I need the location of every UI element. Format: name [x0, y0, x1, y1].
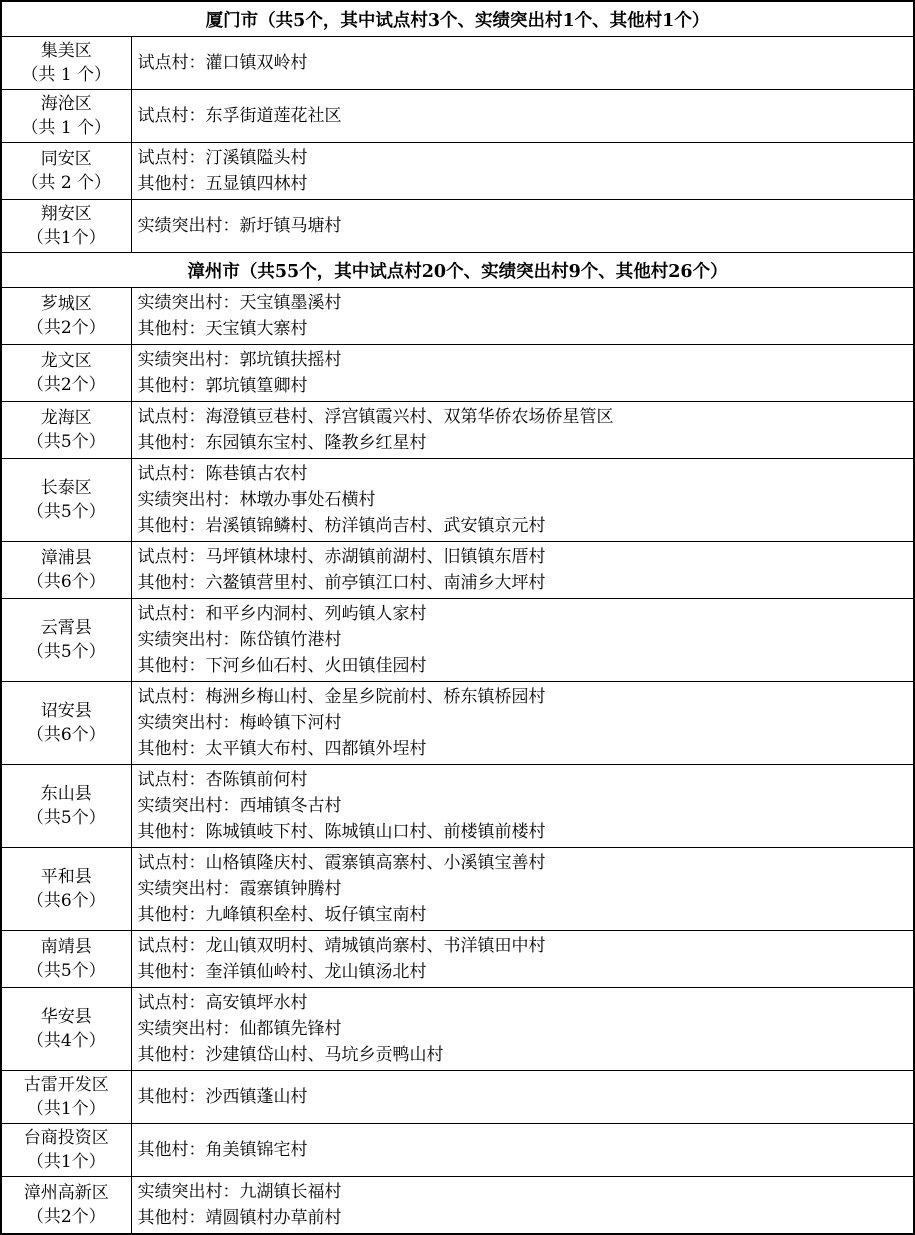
district-cell: 龙文区（共2个） — [1, 345, 131, 402]
villages-cell: 试点村：梅洲乡梅山村、金星乡院前村、桥东镇桥园村实绩突出村：梅岭镇下河村其他村：… — [131, 682, 914, 765]
village-line: 其他村：沙西镇蓬山村 — [138, 1084, 908, 1110]
table-row: 龙文区（共2个）实绩突出村：郭坑镇扶摇村其他村：郭坑镇篁卿村 — [1, 345, 914, 402]
villages-cell: 试点村：灌口镇双岭村 — [131, 37, 914, 90]
district-count: （共1个） — [3, 226, 130, 250]
village-line: 其他村：郭坑镇篁卿村 — [138, 373, 908, 399]
district-count: （共5个） — [3, 500, 130, 524]
city-section-header-row: 厦门市（共5个，其中试点村3个、实绩突出村1个、其他村1个） — [1, 1, 914, 37]
villages-cell: 试点村：和平乡内洞村、列屿镇人家村实绩突出村：陈岱镇竹港村其他村：下河乡仙石村、… — [131, 599, 914, 682]
table-row: 漳州高新区（共2个）实绩突出村：九湖镇长福村其他村：靖圆镇村办草前村 — [1, 1177, 914, 1235]
village-line: 其他村：沙建镇岱山村、马坑乡贡鸭山村 — [138, 1042, 908, 1068]
villages-cell: 试点村：陈巷镇古农村实绩突出村：林墩办事处石横村其他村：岩溪镇锦鳞村、枋洋镇尚吉… — [131, 459, 914, 542]
district-count: （共5个） — [3, 806, 130, 830]
table-row: 华安县（共4个）试点村：高安镇坪水村实绩突出村：仙都镇先锋村其他村：沙建镇岱山村… — [1, 988, 914, 1071]
village-line: 其他村：角美镇锦宅村 — [138, 1137, 908, 1163]
table-row: 台商投资区（共1个）其他村：角美镇锦宅村 — [1, 1124, 914, 1177]
district-count: （共2个） — [3, 373, 130, 397]
district-count: （共4个） — [3, 1029, 130, 1053]
village-line: 实绩突出村：天宝镇墨溪村 — [138, 290, 908, 316]
village-line: 其他村：奎洋镇仙岭村、龙山镇汤北村 — [138, 959, 908, 985]
district-name: 同安区 — [3, 147, 130, 171]
villages-cell: 试点村：杏陈镇前何村实绩突出村：西埔镇冬古村其他村：陈城镇岐下村、陈城镇山口村、… — [131, 765, 914, 848]
district-cell: 云霄县（共5个） — [1, 599, 131, 682]
village-line: 其他村：陈城镇岐下村、陈城镇山口村、前楼镇前楼村 — [138, 819, 908, 845]
district-name: 云霄县 — [3, 616, 130, 640]
district-name: 海沧区 — [3, 92, 130, 116]
villages-cell: 实绩突出村：天宝镇墨溪村其他村：天宝镇大寨村 — [131, 288, 914, 345]
village-line: 其他村：九峰镇积垒村、坂仔镇宝南村 — [138, 902, 908, 928]
district-name: 长泰区 — [3, 476, 130, 500]
district-cell: 台商投资区（共1个） — [1, 1124, 131, 1177]
district-count: （共2个） — [3, 1205, 130, 1229]
table-row: 诏安县（共6个）试点村：梅洲乡梅山村、金星乡院前村、桥东镇桥园村实绩突出村：梅岭… — [1, 682, 914, 765]
district-cell: 芗城区（共2个） — [1, 288, 131, 345]
district-name: 古雷开发区 — [3, 1073, 130, 1097]
table-row: 漳浦县（共6个）试点村：马坪镇林埭村、赤湖镇前湖村、旧镇镇东厝村其他村：六鳌镇营… — [1, 542, 914, 599]
district-cell: 同安区（共 2 个） — [1, 143, 131, 200]
village-table: 厦门市（共5个，其中试点村3个、实绩突出村1个、其他村1个）集美区（共 1 个）… — [0, 0, 915, 1235]
village-line: 其他村：岩溪镇锦鳞村、枋洋镇尚吉村、武安镇京元村 — [138, 513, 908, 539]
district-cell: 诏安县（共6个） — [1, 682, 131, 765]
district-count: （共1个） — [3, 1097, 130, 1121]
villages-cell: 实绩突出村：郭坑镇扶摇村其他村：郭坑镇篁卿村 — [131, 345, 914, 402]
district-cell: 华安县（共4个） — [1, 988, 131, 1071]
village-line: 试点村：灌口镇双岭村 — [138, 50, 908, 76]
table-row: 平和县（共6个）试点村：山格镇隆庆村、霞寨镇高寨村、小溪镇宝善村实绩突出村：霞寨… — [1, 848, 914, 931]
village-line: 其他村：靖圆镇村办草前村 — [138, 1205, 908, 1231]
district-count: （共5个） — [3, 430, 130, 454]
village-line: 试点村：梅洲乡梅山村、金星乡院前村、桥东镇桥园村 — [138, 684, 908, 710]
district-cell: 海沧区（共 1 个） — [1, 90, 131, 143]
villages-cell: 试点村：汀溪镇隘头村其他村：五显镇四林村 — [131, 143, 914, 200]
village-line: 试点村：东孚街道莲花社区 — [138, 103, 908, 129]
village-line: 其他村：太平镇大布村、四都镇外埕村 — [138, 736, 908, 762]
villages-cell: 其他村：角美镇锦宅村 — [131, 1124, 914, 1177]
district-count: （共 1 个） — [3, 63, 130, 87]
district-name: 龙海区 — [3, 406, 130, 430]
village-line: 实绩突出村：九湖镇长福村 — [138, 1179, 908, 1205]
table-row: 芗城区（共2个）实绩突出村：天宝镇墨溪村其他村：天宝镇大寨村 — [1, 288, 914, 345]
table-row: 集美区（共 1 个）试点村：灌口镇双岭村 — [1, 37, 914, 90]
city-section-header: 漳州市（共55个，其中试点村20个、实绩突出村9个、其他村26个） — [1, 253, 914, 288]
village-line: 试点村：马坪镇林埭村、赤湖镇前湖村、旧镇镇东厝村 — [138, 544, 908, 570]
villages-cell: 其他村：沙西镇蓬山村 — [131, 1071, 914, 1124]
district-name: 平和县 — [3, 865, 130, 889]
district-cell: 平和县（共6个） — [1, 848, 131, 931]
villages-cell: 试点村：高安镇坪水村实绩突出村：仙都镇先锋村其他村：沙建镇岱山村、马坑乡贡鸭山村 — [131, 988, 914, 1071]
district-cell: 龙海区（共5个） — [1, 402, 131, 459]
district-cell: 东山县（共5个） — [1, 765, 131, 848]
village-line: 实绩突出村：郭坑镇扶摇村 — [138, 347, 908, 373]
district-name: 华安县 — [3, 1005, 130, 1029]
district-cell: 漳浦县（共6个） — [1, 542, 131, 599]
district-count: （共1个） — [3, 1150, 130, 1174]
village-line: 试点村：龙山镇双明村、靖城镇尚寨村、书洋镇田中村 — [138, 933, 908, 959]
villages-cell: 试点村：山格镇隆庆村、霞寨镇高寨村、小溪镇宝善村实绩突出村：霞寨镇钟腾村其他村：… — [131, 848, 914, 931]
district-count: （共2个） — [3, 316, 130, 340]
village-line: 实绩突出村：林墩办事处石横村 — [138, 487, 908, 513]
table-row: 同安区（共 2 个）试点村：汀溪镇隘头村其他村：五显镇四林村 — [1, 143, 914, 200]
district-count: （共 1 个） — [3, 116, 130, 140]
table-row: 云霄县（共5个）试点村：和平乡内洞村、列屿镇人家村实绩突出村：陈岱镇竹港村其他村… — [1, 599, 914, 682]
table-row: 龙海区（共5个）试点村：海澄镇豆巷村、浮宫镇霞兴村、双第华侨农场侨星管区其他村：… — [1, 402, 914, 459]
villages-cell: 实绩突出村：九湖镇长福村其他村：靖圆镇村办草前村 — [131, 1177, 914, 1235]
table-row: 南靖县（共5个）试点村：龙山镇双明村、靖城镇尚寨村、书洋镇田中村其他村：奎洋镇仙… — [1, 931, 914, 988]
table-row: 海沧区（共 1 个）试点村：东孚街道莲花社区 — [1, 90, 914, 143]
village-line: 试点村：高安镇坪水村 — [138, 990, 908, 1016]
district-count: （共 2 个） — [3, 171, 130, 195]
village-line: 试点村：汀溪镇隘头村 — [138, 145, 908, 171]
village-line: 其他村：天宝镇大寨村 — [138, 316, 908, 342]
villages-cell: 实绩突出村：新圩镇马塘村 — [131, 200, 914, 253]
district-name: 芗城区 — [3, 292, 130, 316]
villages-cell: 试点村：海澄镇豆巷村、浮宫镇霞兴村、双第华侨农场侨星管区其他村：东园镇东宝村、隆… — [131, 402, 914, 459]
district-name: 东山县 — [3, 782, 130, 806]
city-section-header: 厦门市（共5个，其中试点村3个、实绩突出村1个、其他村1个） — [1, 1, 914, 37]
village-line: 其他村：五显镇四林村 — [138, 171, 908, 197]
district-count: （共6个） — [3, 889, 130, 913]
table-row: 古雷开发区（共1个）其他村：沙西镇蓬山村 — [1, 1071, 914, 1124]
village-line: 试点村：陈巷镇古农村 — [138, 461, 908, 487]
villages-cell: 试点村：龙山镇双明村、靖城镇尚寨村、书洋镇田中村其他村：奎洋镇仙岭村、龙山镇汤北… — [131, 931, 914, 988]
district-name: 诏安县 — [3, 699, 130, 723]
district-name: 翔安区 — [3, 202, 130, 226]
table-row: 翔安区（共1个）实绩突出村：新圩镇马塘村 — [1, 200, 914, 253]
district-cell: 漳州高新区（共2个） — [1, 1177, 131, 1235]
district-cell: 长泰区（共5个） — [1, 459, 131, 542]
villages-cell: 试点村：东孚街道莲花社区 — [131, 90, 914, 143]
district-count: （共5个） — [3, 959, 130, 983]
village-line: 试点村：山格镇隆庆村、霞寨镇高寨村、小溪镇宝善村 — [138, 850, 908, 876]
village-line: 试点村：杏陈镇前何村 — [138, 767, 908, 793]
village-line: 试点村：和平乡内洞村、列屿镇人家村 — [138, 601, 908, 627]
village-line: 实绩突出村：西埔镇冬古村 — [138, 793, 908, 819]
village-line: 其他村：下河乡仙石村、火田镇佳园村 — [138, 653, 908, 679]
district-cell: 翔安区（共1个） — [1, 200, 131, 253]
district-name: 龙文区 — [3, 349, 130, 373]
table-row: 东山县（共5个）试点村：杏陈镇前何村实绩突出村：西埔镇冬古村其他村：陈城镇岐下村… — [1, 765, 914, 848]
village-line: 其他村：六鳌镇营里村、前亭镇江口村、南浦乡大坪村 — [138, 570, 908, 596]
district-cell: 集美区（共 1 个） — [1, 37, 131, 90]
district-count: （共5个） — [3, 640, 130, 664]
district-count: （共6个） — [3, 723, 130, 747]
district-cell: 古雷开发区（共1个） — [1, 1071, 131, 1124]
district-name: 台商投资区 — [3, 1126, 130, 1150]
village-line: 实绩突出村：仙都镇先锋村 — [138, 1016, 908, 1042]
city-section-header-row: 漳州市（共55个，其中试点村20个、实绩突出村9个、其他村26个） — [1, 253, 914, 288]
district-name: 南靖县 — [3, 935, 130, 959]
village-table-body: 厦门市（共5个，其中试点村3个、实绩突出村1个、其他村1个）集美区（共 1 个）… — [1, 1, 914, 1234]
village-line: 实绩突出村：新圩镇马塘村 — [138, 213, 908, 239]
table-row: 长泰区（共5个）试点村：陈巷镇古农村实绩突出村：林墩办事处石横村其他村：岩溪镇锦… — [1, 459, 914, 542]
village-line: 实绩突出村：霞寨镇钟腾村 — [138, 876, 908, 902]
district-name: 集美区 — [3, 39, 130, 63]
village-line: 实绩突出村：梅岭镇下河村 — [138, 710, 908, 736]
district-name: 漳州高新区 — [3, 1181, 130, 1205]
village-line: 其他村：东园镇东宝村、隆教乡红星村 — [138, 430, 908, 456]
villages-cell: 试点村：马坪镇林埭村、赤湖镇前湖村、旧镇镇东厝村其他村：六鳌镇营里村、前亭镇江口… — [131, 542, 914, 599]
village-line: 试点村：海澄镇豆巷村、浮宫镇霞兴村、双第华侨农场侨星管区 — [138, 404, 908, 430]
village-line: 实绩突出村：陈岱镇竹港村 — [138, 627, 908, 653]
district-cell: 南靖县（共5个） — [1, 931, 131, 988]
district-name: 漳浦县 — [3, 546, 130, 570]
district-count: （共6个） — [3, 570, 130, 594]
